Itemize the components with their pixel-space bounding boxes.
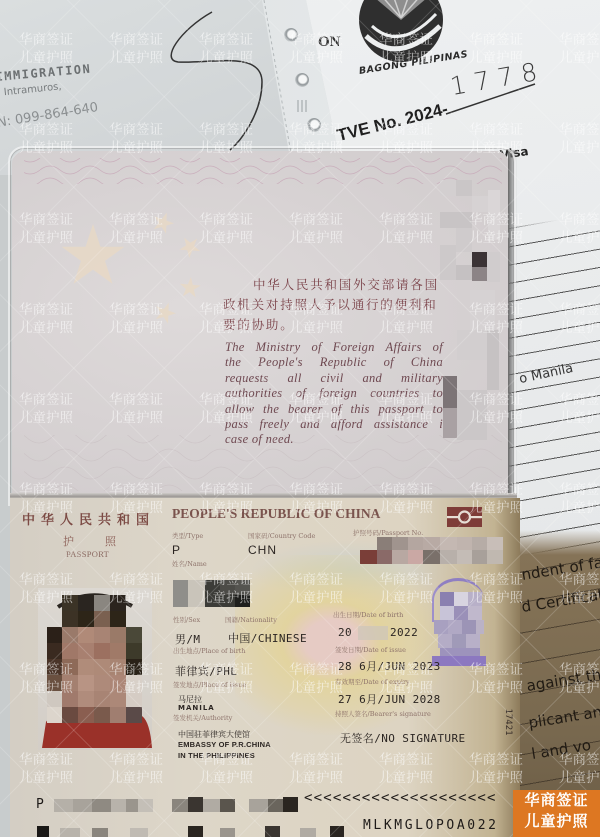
watermark: 华商签证儿童护照	[559, 391, 600, 427]
watermark-line2: 儿童护照	[19, 49, 73, 67]
watermark: 华商签证儿童护照	[379, 301, 433, 337]
watermark: 华商签证儿童护照	[469, 751, 523, 787]
watermark: 华商签证儿童护照	[109, 571, 163, 607]
watermark: 华商签证儿童护照	[199, 751, 253, 787]
watermark-line2: 儿童护照	[379, 499, 433, 517]
watermark-line2: 儿童护照	[469, 409, 523, 427]
watermark-line2: 儿童护照	[469, 49, 523, 67]
watermark-line2: 儿童护照	[199, 769, 253, 787]
watermark-line2: 儿童护照	[199, 319, 253, 337]
watermark-line2: 儿童护照	[289, 319, 343, 337]
watermark-line1: 华商签证	[379, 751, 433, 769]
watermark-line1: 华商签证	[199, 391, 253, 409]
watermark-line2: 儿童护照	[199, 229, 253, 247]
watermark-line2: 儿童护照	[559, 499, 600, 517]
watermark: 华商签证儿童护照	[379, 751, 433, 787]
watermark-line2: 儿童护照	[289, 409, 343, 427]
watermark-line1: 华商签证	[109, 391, 163, 409]
watermark-grid: 华商签证儿童护照华商签证儿童护照华商签证儿童护照华商签证儿童护照华商签证儿童护照…	[0, 0, 600, 837]
watermark: 华商签证儿童护照	[289, 121, 343, 157]
watermark: 华商签证儿童护照	[199, 211, 253, 247]
watermark-line1: 华商签证	[199, 211, 253, 229]
watermark-line1: 华商签证	[19, 301, 73, 319]
watermark: 华商签证儿童护照	[559, 301, 600, 337]
watermark: 华商签证儿童护照	[289, 661, 343, 697]
watermark-line1: 华商签证	[199, 751, 253, 769]
watermark: 华商签证儿童护照	[19, 571, 73, 607]
watermark: 华商签证儿童护照	[289, 481, 343, 517]
watermark-line2: 儿童护照	[469, 589, 523, 607]
watermark: 华商签证儿童护照	[469, 301, 523, 337]
watermark-line1: 华商签证	[199, 481, 253, 499]
watermark-line2: 儿童护照	[19, 499, 73, 517]
watermark-line1: 华商签证	[19, 121, 73, 139]
watermark-line1: 华商签证	[289, 661, 343, 679]
watermark: 华商签证儿童护照	[109, 481, 163, 517]
watermark-line1: 华商签证	[19, 211, 73, 229]
watermark-line1: 华商签证	[469, 571, 523, 589]
watermark: 华商签证儿童护照	[19, 751, 73, 787]
watermark: 华商签证儿童护照	[109, 31, 163, 67]
watermark-line1: 华商签证	[559, 121, 600, 139]
watermark: 华商签证儿童护照	[559, 31, 600, 67]
watermark: 华商签证儿童护照	[559, 481, 600, 517]
watermark-line2: 儿童护照	[109, 49, 163, 67]
watermark-line2: 儿童护照	[379, 679, 433, 697]
brand-badge: 华商签证 儿童护照	[513, 790, 600, 837]
watermark: 华商签证儿童护照	[19, 301, 73, 337]
watermark-line1: 华商签证	[109, 31, 163, 49]
watermark-line1: 华商签证	[379, 661, 433, 679]
watermark: 华商签证儿童护照	[379, 391, 433, 427]
watermark-line2: 儿童护照	[289, 589, 343, 607]
watermark-line1: 华商签证	[559, 301, 600, 319]
watermark-line2: 儿童护照	[469, 139, 523, 157]
watermark-line2: 儿童护照	[199, 139, 253, 157]
watermark: 华商签证儿童护照	[289, 751, 343, 787]
watermark-line1: 华商签证	[469, 211, 523, 229]
watermark-line1: 华商签证	[109, 301, 163, 319]
watermark-line2: 儿童护照	[289, 49, 343, 67]
watermark-line1: 华商签证	[109, 571, 163, 589]
watermark: 华商签证儿童护照	[19, 661, 73, 697]
watermark-line1: 华商签证	[469, 481, 523, 499]
watermark-line2: 儿童护照	[109, 499, 163, 517]
watermark-line2: 儿童护照	[379, 589, 433, 607]
badge-line1: 华商签证	[513, 790, 600, 811]
watermark: 华商签证儿童护照	[559, 571, 600, 607]
watermark-line2: 儿童护照	[469, 319, 523, 337]
watermark-line2: 儿童护照	[289, 499, 343, 517]
watermark-line1: 华商签证	[289, 211, 343, 229]
watermark-line1: 华商签证	[379, 121, 433, 139]
watermark-line2: 儿童护照	[289, 679, 343, 697]
watermark: 华商签证儿童护照	[109, 211, 163, 247]
watermark: 华商签证儿童护照	[469, 31, 523, 67]
watermark-line1: 华商签证	[559, 211, 600, 229]
watermark-line1: 华商签证	[19, 751, 73, 769]
watermark-line1: 华商签证	[19, 571, 73, 589]
watermark-line2: 儿童护照	[199, 49, 253, 67]
watermark: 华商签证儿童护照	[199, 481, 253, 517]
watermark-line2: 儿童护照	[199, 409, 253, 427]
watermark: 华商签证儿童护照	[199, 31, 253, 67]
watermark-line1: 华商签证	[289, 121, 343, 139]
watermark-line2: 儿童护照	[289, 229, 343, 247]
watermark: 华商签证儿童护照	[199, 301, 253, 337]
watermark-line1: 华商签证	[19, 481, 73, 499]
watermark-line1: 华商签证	[199, 31, 253, 49]
watermark: 华商签证儿童护照	[559, 661, 600, 697]
watermark-line2: 儿童护照	[19, 139, 73, 157]
watermark-line1: 华商签证	[379, 391, 433, 409]
watermark-line2: 儿童护照	[559, 589, 600, 607]
watermark: 华商签证儿童护照	[19, 121, 73, 157]
watermark-line1: 华商签证	[559, 751, 600, 769]
watermark: 华商签证儿童护照	[469, 211, 523, 247]
watermark-line2: 儿童护照	[469, 769, 523, 787]
watermark: 华商签证儿童护照	[379, 481, 433, 517]
watermark: 华商签证儿童护照	[559, 121, 600, 157]
watermark: 华商签证儿童护照	[289, 571, 343, 607]
watermark-line2: 儿童护照	[469, 679, 523, 697]
watermark-line2: 儿童护照	[109, 139, 163, 157]
watermark: 华商签证儿童护照	[379, 121, 433, 157]
watermark-line1: 华商签证	[199, 661, 253, 679]
watermark-line2: 儿童护照	[559, 229, 600, 247]
watermark-line1: 华商签证	[379, 571, 433, 589]
watermark-line2: 儿童护照	[19, 679, 73, 697]
watermark-line2: 儿童护照	[199, 589, 253, 607]
watermark-line2: 儿童护照	[559, 49, 600, 67]
watermark-line1: 华商签证	[199, 121, 253, 139]
watermark-line1: 华商签证	[559, 31, 600, 49]
watermark: 华商签证儿童护照	[289, 211, 343, 247]
watermark-line1: 华商签证	[199, 571, 253, 589]
watermark: 华商签证儿童护照	[109, 301, 163, 337]
watermark: 华商签证儿童护照	[199, 571, 253, 607]
watermark-line1: 华商签证	[469, 31, 523, 49]
watermark: 华商签证儿童护照	[469, 571, 523, 607]
watermark-line2: 儿童护照	[19, 229, 73, 247]
watermark-line2: 儿童护照	[379, 139, 433, 157]
watermark-line2: 儿童护照	[559, 769, 600, 787]
watermark-line2: 儿童护照	[19, 589, 73, 607]
watermark-line1: 华商签证	[19, 391, 73, 409]
watermark: 华商签证儿童护照	[469, 121, 523, 157]
badge-line2: 儿童护照	[513, 811, 600, 832]
watermark-line2: 儿童护照	[109, 589, 163, 607]
watermark: 华商签证儿童护照	[289, 301, 343, 337]
watermark-line1: 华商签证	[379, 31, 433, 49]
watermark: 华商签证儿童护照	[559, 751, 600, 787]
watermark: 华商签证儿童护照	[379, 211, 433, 247]
watermark-line2: 儿童护照	[109, 769, 163, 787]
watermark-line1: 华商签证	[289, 751, 343, 769]
watermark: 华商签证儿童护照	[469, 661, 523, 697]
watermark-line2: 儿童护照	[289, 139, 343, 157]
passport-photo-scene: IMMIGRATION , Intramuros, N: 099-864-640…	[0, 0, 600, 837]
watermark: 华商签证儿童护照	[199, 391, 253, 427]
watermark-line1: 华商签证	[469, 391, 523, 409]
watermark-line2: 儿童护照	[559, 139, 600, 157]
watermark: 华商签证儿童护照	[379, 661, 433, 697]
watermark-line2: 儿童护照	[199, 499, 253, 517]
watermark-line1: 华商签证	[559, 661, 600, 679]
watermark: 华商签证儿童护照	[469, 481, 523, 517]
watermark-line2: 儿童护照	[559, 679, 600, 697]
watermark-line2: 儿童护照	[379, 229, 433, 247]
watermark: 华商签证儿童护照	[199, 121, 253, 157]
watermark-line1: 华商签证	[559, 391, 600, 409]
watermark-line2: 儿童护照	[109, 409, 163, 427]
watermark-line2: 儿童护照	[109, 679, 163, 697]
watermark-line2: 儿童护照	[379, 769, 433, 787]
watermark-line2: 儿童护照	[379, 49, 433, 67]
watermark-line2: 儿童护照	[19, 769, 73, 787]
watermark-line1: 华商签证	[469, 661, 523, 679]
watermark: 华商签证儿童护照	[19, 211, 73, 247]
watermark-line1: 华商签证	[289, 391, 343, 409]
watermark-line1: 华商签证	[289, 31, 343, 49]
watermark: 华商签证儿童护照	[469, 391, 523, 427]
watermark-line1: 华商签证	[109, 661, 163, 679]
watermark-line1: 华商签证	[559, 481, 600, 499]
watermark-line1: 华商签证	[379, 301, 433, 319]
watermark-line2: 儿童护照	[379, 409, 433, 427]
watermark: 华商签证儿童护照	[109, 391, 163, 427]
watermark-line1: 华商签证	[469, 301, 523, 319]
watermark: 华商签证儿童护照	[109, 121, 163, 157]
watermark-line2: 儿童护照	[109, 229, 163, 247]
watermark: 华商签证儿童护照	[109, 661, 163, 697]
watermark-line1: 华商签证	[289, 481, 343, 499]
watermark-line2: 儿童护照	[19, 409, 73, 427]
watermark: 华商签证儿童护照	[289, 391, 343, 427]
watermark-line1: 华商签证	[379, 211, 433, 229]
watermark-line2: 儿童护照	[469, 499, 523, 517]
watermark-line1: 华商签证	[469, 751, 523, 769]
watermark: 华商签证儿童护照	[19, 31, 73, 67]
watermark-line1: 华商签证	[559, 571, 600, 589]
watermark-line2: 儿童护照	[559, 319, 600, 337]
watermark: 华商签证儿童护照	[289, 31, 343, 67]
watermark-line1: 华商签证	[19, 31, 73, 49]
watermark: 华商签证儿童护照	[379, 571, 433, 607]
watermark-line2: 儿童护照	[379, 319, 433, 337]
watermark-line1: 华商签证	[379, 481, 433, 499]
watermark-line1: 华商签证	[19, 661, 73, 679]
watermark-line2: 儿童护照	[289, 769, 343, 787]
watermark: 华商签证儿童护照	[109, 751, 163, 787]
watermark-line1: 华商签证	[469, 121, 523, 139]
watermark-line1: 华商签证	[289, 301, 343, 319]
watermark-line2: 儿童护照	[19, 319, 73, 337]
watermark-line1: 华商签证	[199, 301, 253, 319]
watermark-line1: 华商签证	[109, 751, 163, 769]
watermark: 华商签证儿童护照	[559, 211, 600, 247]
watermark-line2: 儿童护照	[469, 229, 523, 247]
watermark: 华商签证儿童护照	[19, 391, 73, 427]
watermark-line2: 儿童护照	[559, 409, 600, 427]
watermark: 华商签证儿童护照	[19, 481, 73, 517]
watermark-line1: 华商签证	[109, 211, 163, 229]
watermark-line1: 华商签证	[109, 481, 163, 499]
watermark-line1: 华商签证	[109, 121, 163, 139]
watermark-line1: 华商签证	[289, 571, 343, 589]
watermark: 华商签证儿童护照	[379, 31, 433, 67]
watermark: 华商签证儿童护照	[199, 661, 253, 697]
watermark-line2: 儿童护照	[109, 319, 163, 337]
watermark-line2: 儿童护照	[199, 679, 253, 697]
